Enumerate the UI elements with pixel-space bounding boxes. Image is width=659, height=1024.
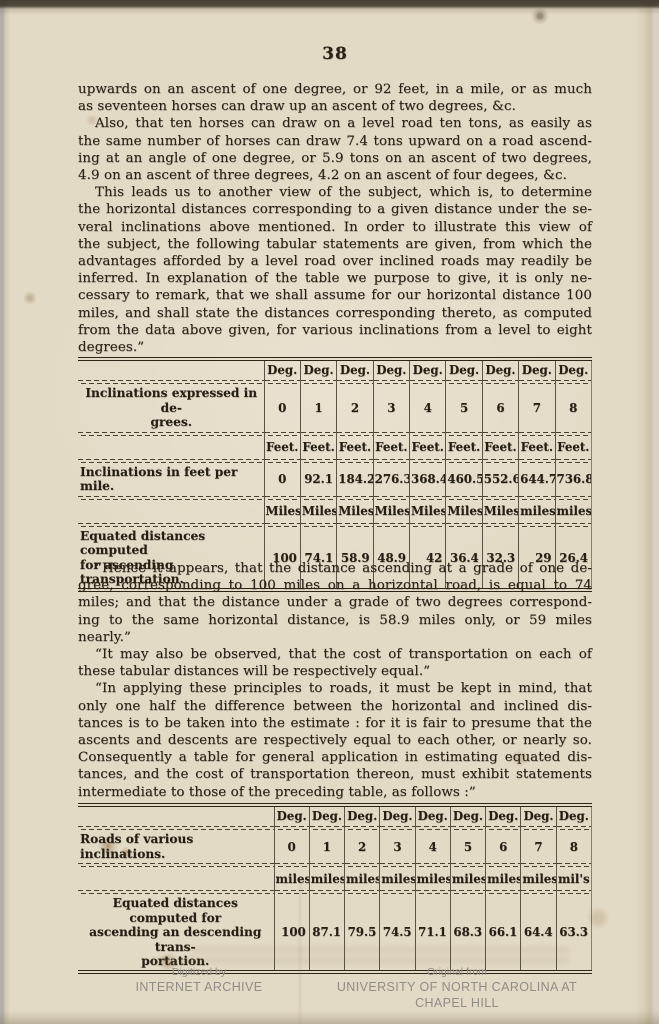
table-cell: 4 (415, 831, 450, 862)
paragraph: “It may also be observed, that the cost … (78, 646, 592, 680)
text-line: the same number of horses can draw 7.4 t… (78, 133, 592, 150)
text-line: upwards on an ascent of one degree, or 9… (78, 81, 592, 98)
table-cell: 7 (521, 831, 556, 862)
row-label (78, 805, 274, 825)
table-cell: 5 (450, 831, 485, 862)
table-cell: Miles (337, 501, 373, 522)
row-label: Inclinations in feet per mile. (78, 464, 264, 495)
text-line: veral inclinations above mentioned. In o… (78, 219, 592, 236)
row-label-line: Equated distances computed for (80, 896, 271, 925)
table-cell: 2 (337, 385, 373, 431)
table-cell: Deg. (450, 805, 485, 825)
paragraph: “In applying these principles to roads, … (78, 680, 592, 800)
body-paragraphs-middle: “Hence it appears, that the distance asc… (78, 560, 592, 801)
ruled-table: Deg.Deg.Deg.Deg.Deg.Deg.Deg.Deg.Deg.Incl… (78, 357, 592, 592)
table-row: Inclinations expressed in de-grees.01234… (78, 385, 592, 431)
table-cell: miles (415, 868, 450, 889)
table-cell: Feet. (519, 437, 555, 458)
text-line: gree, corresponding to 100 miles on a ho… (78, 577, 592, 594)
table-cell: miles (521, 868, 556, 889)
text-line: “In applying these principles to roads, … (78, 680, 592, 697)
ink-bleedthrough-smudge (190, 946, 570, 954)
table-cell: Deg. (380, 805, 415, 825)
table-cell: miles (345, 868, 380, 889)
text-line: ing at an angle of one degree, or 5.9 to… (78, 150, 592, 167)
table-cell: miles (555, 501, 592, 522)
table-cell: 0 (264, 464, 300, 495)
table-cell: 3 (373, 385, 409, 431)
chapel-hill-label: CHAPEL HILL (327, 996, 587, 1010)
table-cell: 736.8 (555, 464, 592, 495)
table-row: Roads of various inclinations.012345678 (78, 831, 592, 862)
internet-archive-label: INTERNET ARCHIVE (69, 980, 329, 994)
table-cell: Deg. (482, 359, 518, 379)
scanned-book-page: 38 upwards on an ascent of one degree, o… (0, 0, 659, 1024)
table-cell: Feet. (373, 437, 409, 458)
table-equated-distances-ascending: Deg.Deg.Deg.Deg.Deg.Deg.Deg.Deg.Deg.Incl… (78, 357, 592, 592)
text-line: only one half the difference between the… (78, 698, 592, 715)
original-from-label: Original from (327, 966, 587, 978)
table-cell: Deg. (519, 359, 555, 379)
table-row: Deg.Deg.Deg.Deg.Deg.Deg.Deg.Deg.Deg. (78, 805, 592, 825)
paragraph: This leads us to another view of the sub… (78, 184, 592, 356)
table-cell: Deg. (264, 359, 300, 379)
text-line: nearly.” (78, 629, 592, 646)
table-cell: 6 (482, 385, 518, 431)
table-cell: 4 (410, 385, 446, 431)
table-cell: 8 (556, 831, 591, 862)
table-cell: 184.2 (337, 464, 373, 495)
table-cell: Miles (373, 501, 409, 522)
table-cell: 1 (309, 831, 344, 862)
page-number: 38 (78, 44, 592, 64)
text-line: the horizontal distances corresponding t… (78, 201, 592, 218)
text-line: “It may also be observed, that the cost … (78, 646, 592, 663)
table-cell: Deg. (555, 359, 592, 379)
table-cell: 7 (519, 385, 555, 431)
row-label-line: Roads of various inclinations. (80, 832, 273, 861)
text-line: tances is to be taken into the estimate … (78, 715, 592, 732)
table-cell: Miles (446, 501, 482, 522)
table-cell: Miles (410, 501, 446, 522)
table-cell: 2 (345, 831, 380, 862)
table-cell: 0 (274, 831, 309, 862)
university-label: UNIVERSITY OF NORTH CAROLINA AT (327, 980, 587, 994)
paragraph: “Hence it appears, that the distance asc… (78, 560, 592, 646)
table-cell: miles (486, 868, 521, 889)
body-paragraphs-top: upwards on an ascent of one degree, or 9… (78, 81, 592, 356)
row-label: Inclinations expressed in de-grees. (78, 385, 264, 431)
table-row: MilesMilesMilesMilesMilesMilesMilesmiles… (78, 501, 592, 522)
table-cell: Deg. (345, 805, 380, 825)
table-cell: Feet. (410, 437, 446, 458)
row-label-line: Equated distances computed (80, 529, 261, 558)
text-line: as seventeen horses can draw up an ascen… (78, 98, 592, 115)
table-row: Deg.Deg.Deg.Deg.Deg.Deg.Deg.Deg.Deg. (78, 359, 592, 379)
table-cell: miles (274, 868, 309, 889)
table-cell: 0 (264, 385, 300, 431)
table-cell: miles (309, 868, 344, 889)
table-row: Inclinations in feet per mile.092.1184.2… (78, 464, 592, 495)
text-line: This leads us to another view of the sub… (78, 184, 592, 201)
table-cell: miles (519, 501, 555, 522)
table-cell: mil's (556, 868, 591, 889)
table-cell: Deg. (309, 805, 344, 825)
row-label-line: Inclinations expressed in de- (80, 386, 263, 415)
row-label-line: grees. (80, 415, 263, 430)
table-cell: Feet. (300, 437, 336, 458)
paper-crease (299, 880, 301, 1024)
table-cell: Feet. (482, 437, 518, 458)
row-label-line: Inclinations in feet per mile. (80, 465, 263, 494)
text-line: Also, that ten horses can draw on a leve… (78, 115, 592, 132)
row-label (78, 359, 264, 379)
table-cell: Deg. (556, 805, 591, 825)
digitized-by-block: Digitized by INTERNET ARCHIVE (69, 966, 329, 994)
text-line: the subject, the following tabular state… (78, 236, 592, 253)
row-label (78, 868, 274, 889)
table-cell: Deg. (521, 805, 556, 825)
ink-bleedthrough-smudge (150, 957, 570, 964)
table-cell: miles (380, 868, 415, 889)
text-line: these tabular distances will be respecti… (78, 663, 592, 680)
table-cell: 8 (555, 385, 592, 431)
text-line: cessary to remark, that we shall assume … (78, 287, 592, 304)
row-label (78, 501, 264, 522)
text-line: “Hence it appears, that the distance asc… (78, 560, 592, 577)
table-cell: Deg. (337, 359, 373, 379)
table-cell: Feet. (337, 437, 373, 458)
table-cell: Deg. (410, 359, 446, 379)
table-cell: 3 (380, 831, 415, 862)
text-line: from the data above given, for various i… (78, 322, 592, 339)
digitized-by-label: Digitized by (69, 966, 329, 978)
table-cell: Deg. (446, 359, 482, 379)
table-row: milesmilesmilesmilesmilesmilesmilesmiles… (78, 868, 592, 889)
paragraph: Also, that ten horses can draw on a leve… (78, 115, 592, 184)
table-cell: Miles (264, 501, 300, 522)
table-cell: 460.5 (446, 464, 482, 495)
text-line: advantages afforded by a level road over… (78, 253, 592, 270)
table-cell: Feet. (264, 437, 300, 458)
table-cell: Deg. (274, 805, 309, 825)
table-cell: 5 (446, 385, 482, 431)
text-line: tances, and the cost of transportation t… (78, 766, 592, 783)
text-line: intermediate to those of the preceding t… (78, 784, 592, 801)
row-label: Roads of various inclinations. (78, 831, 274, 862)
table-cell: 276.3 (373, 464, 409, 495)
table-cell: 644.7 (519, 464, 555, 495)
original-from-block: Original from UNIVERSITY OF NORTH CAROLI… (327, 966, 587, 1010)
table-cell: 6 (486, 831, 521, 862)
table-cell: Deg. (300, 359, 336, 379)
table-cell: 368.4 (410, 464, 446, 495)
table-cell: Deg. (373, 359, 409, 379)
text-line: degrees.” (78, 339, 592, 356)
text-line: inferred. In explanation of the table we… (78, 270, 592, 287)
table-cell: Deg. (415, 805, 450, 825)
text-line: 4.9 on an ascent of three degrees, 4.2 o… (78, 167, 592, 184)
text-line: ing to the same horizontal distance, is … (78, 612, 592, 629)
table-cell: Deg. (486, 805, 521, 825)
table-cell: Miles (482, 501, 518, 522)
text-line: Consequently a table for general applica… (78, 749, 592, 766)
table-cell: 92.1 (300, 464, 336, 495)
table-cell: Miles (300, 501, 336, 522)
table-cell: 552.6 (482, 464, 518, 495)
text-line: miles, and shall state the distances cor… (78, 305, 592, 322)
text-line: ascents and descents are respectively eq… (78, 732, 592, 749)
table-row: Feet.Feet.Feet.Feet.Feet.Feet.Feet.Feet.… (78, 437, 592, 458)
text-line: miles; and that the distance under a gra… (78, 594, 592, 611)
table-cell: miles (450, 868, 485, 889)
row-label (78, 437, 264, 458)
table-cell: Feet. (555, 437, 592, 458)
paragraph: upwards on an ascent of one degree, or 9… (78, 81, 592, 115)
table-cell: 1 (300, 385, 336, 431)
table-cell: Feet. (446, 437, 482, 458)
